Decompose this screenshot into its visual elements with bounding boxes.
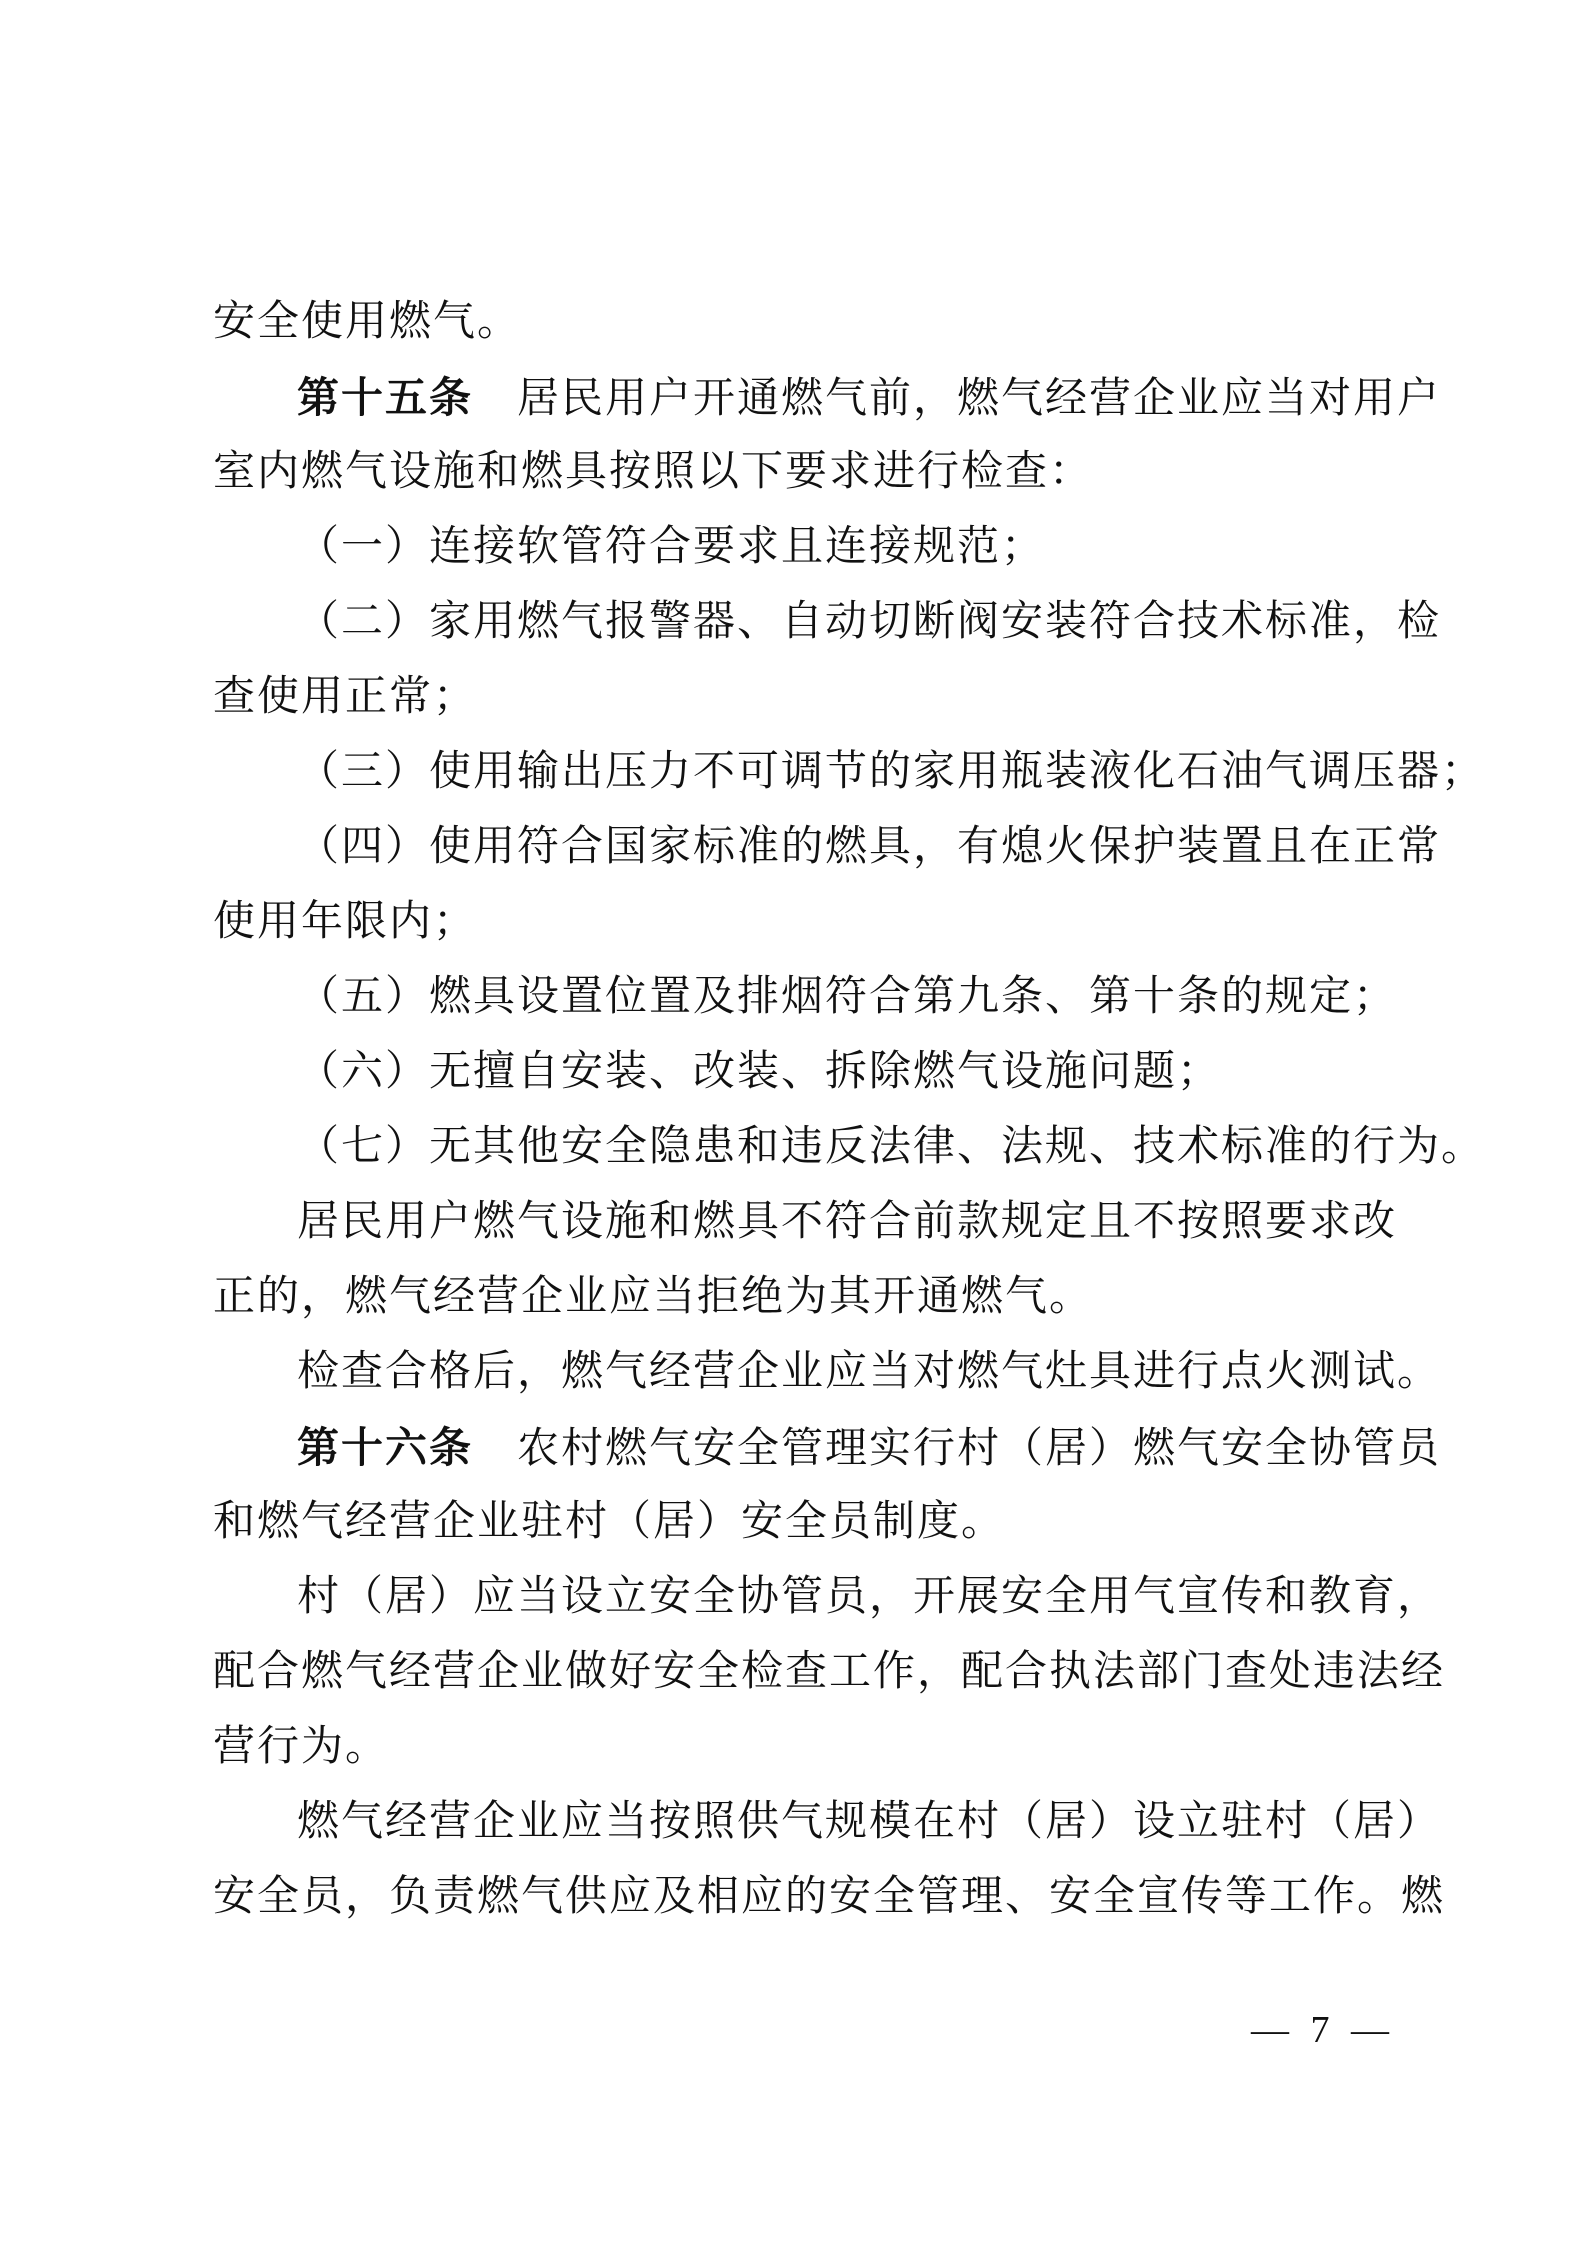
document-line: 室内燃气设施和燃具按照以下要求进行检查： [213,435,1417,510]
text-segment: （二）家用燃气报警器、自动切断阀安装符合技术标准，检 [297,599,1441,645]
document-line: 村（居）应当设立安全协管员，开展安全用气宣传和教育， [213,1560,1417,1635]
text-segment: 使用年限内； [213,899,477,945]
text-segment: 农村燃气安全管理实行村（居）燃气安全协管员 [473,1426,1441,1472]
text-segment: 查使用正常； [213,674,477,720]
text-segment: 和燃气经营企业驻村（居）安全员制度。 [213,1499,1005,1545]
document-body: 安全使用燃气。第十五条 居民用户开通燃气前，燃气经营企业应当对用户室内燃气设施和… [213,285,1417,1935]
document-line: （四）使用符合国家标准的燃具，有熄火保护装置且在正常 [213,810,1417,885]
text-segment: （一）连接软管符合要求且连接规范； [297,524,1045,570]
document-line: （五）燃具设置位置及排烟符合第九条、第十条的规定； [213,960,1417,1035]
text-segment: （三）使用输出压力不可调节的家用瓶装液化石油气调压器； [297,749,1485,795]
text-segment: 居民用户开通燃气前，燃气经营企业应当对用户 [473,376,1441,422]
document-line: （一）连接软管符合要求且连接规范； [213,510,1417,585]
page-number: — 7 — [1251,2008,1395,2052]
document-line: 居民用户燃气设施和燃具不符合前款规定且不按照要求改 [213,1185,1417,1260]
article-heading: 第十六条 [297,1424,473,1471]
text-segment: （五）燃具设置位置及排烟符合第九条、第十条的规定； [297,974,1397,1020]
text-segment: 配合燃气经营企业做好安全检查工作，配合执法部门查处违法经 [213,1649,1445,1695]
document-line: 查使用正常； [213,660,1417,735]
document-line: 和燃气经营企业驻村（居）安全员制度。 [213,1485,1417,1560]
text-segment: 检查合格后，燃气经营企业应当对燃气灶具进行点火测试。 [297,1349,1441,1395]
text-segment: （七）无其他安全隐患和违反法律、法规、技术标准的行为。 [297,1124,1485,1170]
document-line: 安全员，负责燃气供应及相应的安全管理、安全宣传等工作。燃 [213,1860,1417,1935]
document-line: 第十六条 农村燃气安全管理实行村（居）燃气安全协管员 [213,1410,1417,1485]
document-line: 配合燃气经营企业做好安全检查工作，配合执法部门查处违法经 [213,1635,1417,1710]
text-segment: （四）使用符合国家标准的燃具，有熄火保护装置且在正常 [297,824,1441,870]
text-segment: 正的，燃气经营企业应当拒绝为其开通燃气。 [213,1274,1093,1320]
document-line: 第十五条 居民用户开通燃气前，燃气经营企业应当对用户 [213,360,1417,435]
document-line: （六）无擅自安装、改装、拆除燃气设施问题； [213,1035,1417,1110]
text-segment: （六）无擅自安装、改装、拆除燃气设施问题； [297,1049,1221,1095]
article-heading: 第十五条 [297,374,473,421]
text-segment: 营行为。 [213,1724,389,1770]
document-line: 使用年限内； [213,885,1417,960]
text-segment: 居民用户燃气设施和燃具不符合前款规定且不按照要求改 [297,1199,1397,1245]
document-line: 正的，燃气经营企业应当拒绝为其开通燃气。 [213,1260,1417,1335]
document-line: （七）无其他安全隐患和违反法律、法规、技术标准的行为。 [213,1110,1417,1185]
text-segment: 燃气经营企业应当按照供气规模在村（居）设立驻村（居） [297,1799,1441,1845]
document-line: （三）使用输出压力不可调节的家用瓶装液化石油气调压器； [213,735,1417,810]
document-line: 检查合格后，燃气经营企业应当对燃气灶具进行点火测试。 [213,1335,1417,1410]
document-line: （二）家用燃气报警器、自动切断阀安装符合技术标准，检 [213,585,1417,660]
text-segment: 安全员，负责燃气供应及相应的安全管理、安全宣传等工作。燃 [213,1874,1445,1920]
text-segment: 安全使用燃气。 [213,299,521,345]
document-page: 安全使用燃气。第十五条 居民用户开通燃气前，燃气经营企业应当对用户室内燃气设施和… [0,0,1587,2245]
text-segment: 室内燃气设施和燃具按照以下要求进行检查： [213,449,1093,495]
document-line: 燃气经营企业应当按照供气规模在村（居）设立驻村（居） [213,1785,1417,1860]
document-line: 安全使用燃气。 [213,285,1417,360]
text-segment: 村（居）应当设立安全协管员，开展安全用气宣传和教育， [297,1574,1441,1620]
document-line: 营行为。 [213,1710,1417,1785]
